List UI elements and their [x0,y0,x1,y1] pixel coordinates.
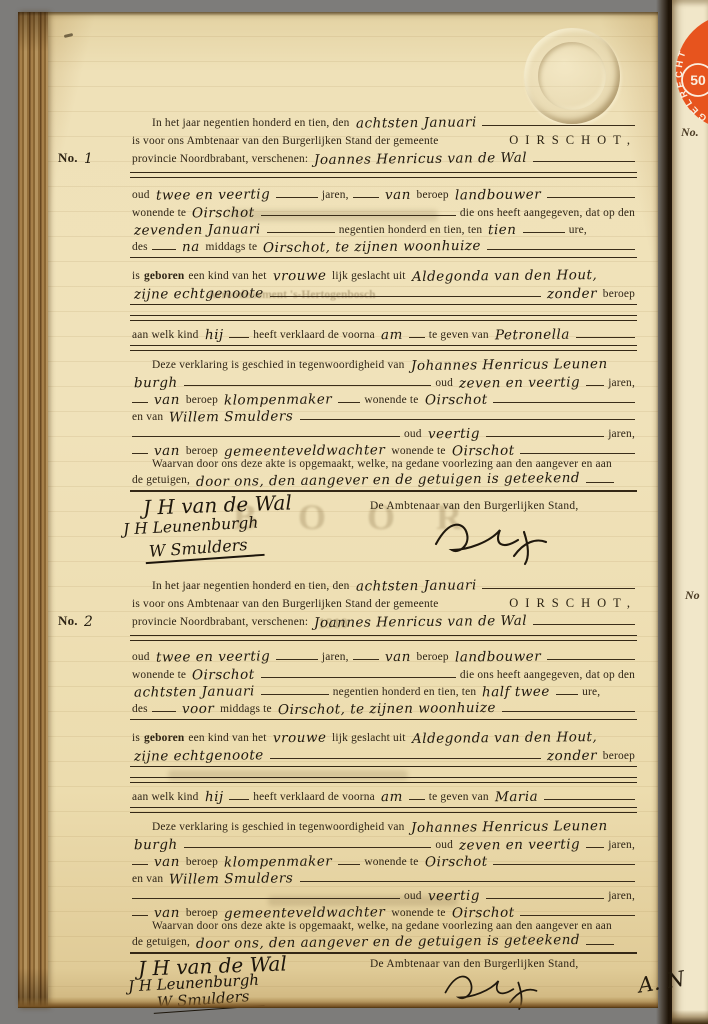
record1-year-line: In het jaar negentien honderd en tien, d… [130,114,637,131]
blank-rule [520,449,635,454]
book-page: Arrondissement 's-Hertogenbosch B O O R … [18,12,658,1008]
record1-witness1-occupation-line: van beroep klompenmaker wonende te Oirsc… [130,391,637,408]
record1-childname-line: aan welk kind hij heeft verklaard de voo… [130,326,637,343]
section-rule [130,490,637,492]
section-rule [130,257,637,258]
blank-rule [523,228,565,233]
record1-closing-line2: de getuigen, door ons, den aangever en d… [130,471,637,488]
printed-text: provincie Noordbrabant, verschenen: [132,151,308,167]
hw-occupation: landbouwer [455,649,541,665]
blank-rule [487,245,635,250]
hw-witness2-age: veertig [428,888,480,904]
official-title: De Ambtenaar van den Burgerlijken Stand, [370,500,579,512]
blank-rule [338,398,360,403]
printed-text: aan welk kind [132,789,199,805]
printed-text: oud [404,888,422,904]
blank-rule [353,193,379,198]
printed-text: beroep [603,286,635,302]
hw-pronoun: hij [204,789,223,805]
printed-text: jaren, [608,375,635,391]
record2-birthdate-line: achtsten Januari negentien honderd en ti… [130,683,637,700]
next-page-record-number: No [685,588,700,603]
printed-text: heeft verklaard de voorna [253,327,375,343]
printed-text: aan welk kind [132,327,199,343]
hw-closing: door ons, den aangever en de getuigen is… [196,933,580,950]
hw-residence: Oirschot [192,667,255,683]
blank-rule [576,333,635,338]
blank-rule [132,860,148,865]
printed-text: jaren, [608,888,635,904]
hw-witness1-residence: Oirschot [424,854,487,870]
blank-rule [493,398,635,403]
hw-residence: Oirschot [192,205,255,221]
hw-daypart: na [182,239,200,255]
section-rule [130,304,637,305]
printed-text: en van [132,409,163,425]
record2-mother-line: zijne echtgenoote zonder beroep [130,747,637,764]
hw-age: twee en veertig [156,648,270,665]
hw-witness1-name: Johannes Henricus Leunen [410,818,607,835]
hw-birth-date: zevenden Januari [134,221,261,238]
signature-witness2: W Smulders [144,534,264,564]
blank-rule [586,478,614,483]
printed-text: ure, [569,222,587,238]
hw-age: twee en veertig [156,186,270,203]
printed-text: geboren [144,730,184,746]
hw-witness1-age: zeven en veertig [459,836,580,853]
section-rule [130,345,637,351]
record1-official-line: is voor ons Ambtenaar van den Burgerlijk… [130,132,637,149]
hw-witness1-name: Johannes Henricus Leunen [410,356,607,373]
hw-birth-place: Oirschot, te zijnen woonhuize [263,238,481,255]
hw-pronoun: hij [204,327,223,343]
record2-witness1-line: Deze verklaring is geschied in tegenwoor… [130,818,637,835]
hw-child-name: Maria [495,789,538,805]
blank-rule [547,655,635,660]
printed-text: heeft verklaard de voorna [253,789,375,805]
hw-gender: vrouwe [273,730,327,746]
printed-text: ure, [582,684,600,700]
blank-rule [229,333,249,338]
hw-child-name: Petronella [495,327,570,343]
printed-text: beroep [186,854,218,870]
printed-text: de getuigen, [132,472,190,488]
printed-text: oud [132,649,150,665]
printed-text: Deze verklaring is geschied in tegenwoor… [152,357,405,373]
page-stack-edge [18,12,48,1008]
printed-text: lijk geslacht uit [332,268,406,284]
blank-rule [300,415,636,420]
hw-van: van [385,187,411,203]
blank-rule [270,754,541,759]
printed-text: jaren, [322,649,349,665]
blank-rule [502,707,635,712]
printed-text: des [132,701,148,717]
hw-occupation: landbouwer [455,187,541,203]
printed-text: beroep [417,187,449,203]
printed-text: oud [404,426,422,442]
hw-witness2-name: Willem Smulders [169,870,293,887]
printed-text: is [132,730,140,746]
printed-text: oud [132,187,150,203]
embossed-seal [524,28,620,124]
blank-rule [533,620,635,625]
blank-rule [270,292,541,297]
record1-number: No. 1 [56,150,97,166]
blank-rule [132,911,148,916]
record1-birthdate-line: zevenden Januari negentien honderd en ti… [130,221,637,238]
printed-text: In het jaar negentien honderd en tien, d… [152,578,350,594]
hw-closing: door ons, den aangever en de getuigen is… [196,471,580,488]
record2-birthplace-line: des voor middags te Oirschot, te zijnen … [130,700,637,717]
blank-rule [544,795,635,800]
printed-text: te geven van [429,327,489,343]
record2-childname-line: aan welk kind hij heeft verklaard de voo… [130,788,637,805]
hw-van: van [154,392,180,408]
official-signature [426,512,556,570]
printed-text: beroep [186,392,218,408]
blank-rule [533,157,635,162]
record1-mother-line: zijne echtgenoote zonder beroep [130,285,637,302]
blank-rule [409,333,425,338]
hw-declarant: Joannes Henricus van de Wal [314,613,527,630]
blank-rule [409,795,425,800]
blank-rule [556,690,578,695]
blank-rule [547,193,635,198]
hw-declarant: Joannes Henricus van de Wal [314,150,527,167]
record2-witness2-line: en van Willem Smulders [130,870,637,887]
section-rule [130,777,637,783]
record1-witness2-age-line: oud veertig jaren, [130,425,637,442]
hw-witness2-name: Willem Smulders [169,408,293,425]
hw-zonder: zonder [547,748,597,764]
printed-text: In het jaar negentien honderd en tien, d… [152,115,350,131]
printed-text: geboren [144,268,184,284]
printed-text: te geven van [429,789,489,805]
hw-name-suffix: am [381,327,403,343]
hw-witness1-name-cont: burgh [134,837,178,853]
hw-birth-hour: tien [488,222,517,238]
record1-witness1-line: Deze verklaring is geschied in tegenwoor… [130,356,637,373]
printed-text: en van [132,871,163,887]
printed-text: provincie Noordbrabant, verschenen: [132,614,308,630]
printed-text: is [132,268,140,284]
printed-text: jaren, [322,187,349,203]
hw-witness1-occupation: klompenmaker [224,391,332,408]
hw-witness1-name-cont: burgh [134,375,178,391]
blank-rule [132,398,148,403]
blank-rule [229,795,249,800]
printed-text: wonende te [132,205,186,221]
section-rule [130,719,637,720]
record2-witness1-occupation-line: van beroep klompenmaker wonende te Oirsc… [130,853,637,870]
hw-birth-place: Oirschot, te zijnen woonhuize [278,700,496,717]
blank-rule [482,121,635,126]
hw-van: van [385,649,411,665]
hw-gender: vrouwe [273,268,327,284]
blank-rule [261,673,456,678]
next-page-bottom-edge [672,1010,708,1024]
blank-rule [267,228,335,233]
page-top-edge [18,12,658,16]
hw-mother-role: zijne echtgenoote [134,747,264,764]
printed-text: Waarvan door ons deze akte is opgemaakt,… [152,918,612,934]
printed-text: jaren, [608,837,635,853]
record2-number: No. 2 [56,613,97,629]
blank-rule [261,690,329,695]
printed-text: middags te [206,239,258,255]
stamp-value: 50 [690,72,706,88]
blank-rule [152,707,176,712]
hw-daypart: voor [182,701,215,717]
municipality-name: OIRSCHOT, [509,132,637,148]
blank-rule [152,245,176,250]
blank-rule [276,655,318,660]
blank-rule [300,877,636,882]
hw-name-suffix: am [381,789,403,805]
printed-text: oud [435,375,453,391]
ink-mark [64,33,73,38]
page-bottom-edge [18,997,658,1008]
printed-text: wonende te [132,667,186,683]
section-rule [130,807,637,813]
printed-text: de getuigen, [132,934,190,950]
printed-text: oud [435,837,453,853]
hw-witness1-age: zeven en veertig [459,374,580,391]
hw-birth-hour: half twee [482,684,550,700]
blank-rule [184,381,432,386]
record2-residence-line: wonende te Oirschot die ons heeft aangeg… [130,666,637,683]
printed-text: beroep [417,649,449,665]
record2-closing-line2: de getuigen, door ons, den aangever en d… [130,933,637,950]
blank-rule [132,449,148,454]
record-number-value: 2 [84,614,94,630]
printed-text: middags te [220,701,272,717]
printed-text: een kind van het [188,730,266,746]
printed-text: beroep [603,748,635,764]
record-number-label: No. [58,150,78,166]
hw-act-date: achtsten Januari [355,577,476,594]
record1-residence-line: wonende te Oirschot die ons heeft aangeg… [130,204,637,221]
hw-mother-role: zijne echtgenoote [134,285,264,302]
record1-declarant-line: provincie Noordbrabant, verschenen: Joan… [130,150,637,167]
blank-rule [184,843,432,848]
printed-text: een kind van het [188,268,266,284]
hw-mother-name: Aldegonda van den Hout, [412,729,597,746]
revenue-stamp: ZEGELRECHT 50 [672,10,708,140]
section-rule [130,315,637,321]
printed-text: des [132,239,148,255]
section-rule [130,766,637,767]
printed-text: wonende te [364,854,418,870]
blank-rule [132,432,400,437]
printed-text: die ons heeft aangegeven, dat op den [460,205,635,221]
blank-rule [338,860,360,865]
hw-birth-date: achtsten Januari [134,683,255,700]
printed-text: negentien honderd en tien, ten [333,684,477,700]
blank-rule [482,584,635,589]
blank-rule [486,432,605,437]
record2-declarant-line: provincie Noordbrabant, verschenen: Joan… [130,613,637,630]
printed-text: Waarvan door ons deze akte is opgemaakt,… [152,456,612,472]
section-rule [130,635,637,641]
record2-child-gender-line: is geboren een kind van het vrouwe lijk … [130,729,637,746]
record-number-value: 1 [84,151,94,167]
printed-text: is voor ons Ambtenaar van den Burgerlijk… [132,596,439,612]
hw-zonder: zonder [547,286,597,302]
record1-child-gender-line: is geboren een kind van het vrouwe lijk … [130,267,637,284]
record2-official-line: is voor ons Ambtenaar van den Burgerlijk… [130,595,637,612]
record1-witness2-line: en van Willem Smulders [130,408,637,425]
blank-rule [132,894,400,899]
printed-text: negentien honderd en tien, ten [339,222,483,238]
next-page-edge: ZEGELRECHT 50 No. No [672,0,708,1024]
blank-rule [586,940,614,945]
printed-text: jaren, [608,426,635,442]
blank-rule [493,860,635,865]
record1-witness1-age-line: burgh oud zeven en veertig jaren, [130,374,637,391]
record2-age-occupation-line: oud twee en veertig jaren, van beroep la… [130,648,637,665]
printed-text: Deze verklaring is geschied in tegenwoor… [152,819,405,835]
record2-witness2-age-line: oud veertig jaren, [130,887,637,904]
scanned-register-spread: { "colors":{"paper":"#eddfb4","ink":"#2e… [0,0,708,1024]
printed-text: is voor ons Ambtenaar van den Burgerlijk… [132,133,439,149]
hw-witness2-age: veertig [428,426,480,442]
hw-act-date: achtsten Januari [355,114,476,131]
hw-mother-name: Aldegonda van den Hout, [412,267,597,284]
section-rule [130,172,637,178]
record2-year-line: In het jaar negentien honderd en tien, d… [130,577,637,594]
hw-van: van [154,854,180,870]
municipality-name: OIRSCHOT, [509,595,637,611]
printed-text: lijk geslacht uit [332,730,406,746]
hw-witness1-residence: Oirschot [424,392,487,408]
blank-rule [261,211,456,216]
blank-rule [353,655,379,660]
blank-rule [486,894,605,899]
record1-age-occupation-line: oud twee en veertig jaren, van beroep la… [130,186,637,203]
blank-rule [586,843,604,848]
record-number-label: No. [58,613,78,629]
next-page-record-number: No. [681,125,699,140]
record2-witness1-age-line: burgh oud zeven en veertig jaren, [130,836,637,853]
blank-rule [520,911,635,916]
printed-text: die ons heeft aangegeven, dat op den [460,667,635,683]
blank-rule [276,193,318,198]
blank-rule [586,381,604,386]
printed-text: wonende te [364,392,418,408]
record1-birthplace-line: des na middags te Oirschot, te zijnen wo… [130,238,637,255]
hw-witness1-occupation: klompenmaker [224,853,332,870]
